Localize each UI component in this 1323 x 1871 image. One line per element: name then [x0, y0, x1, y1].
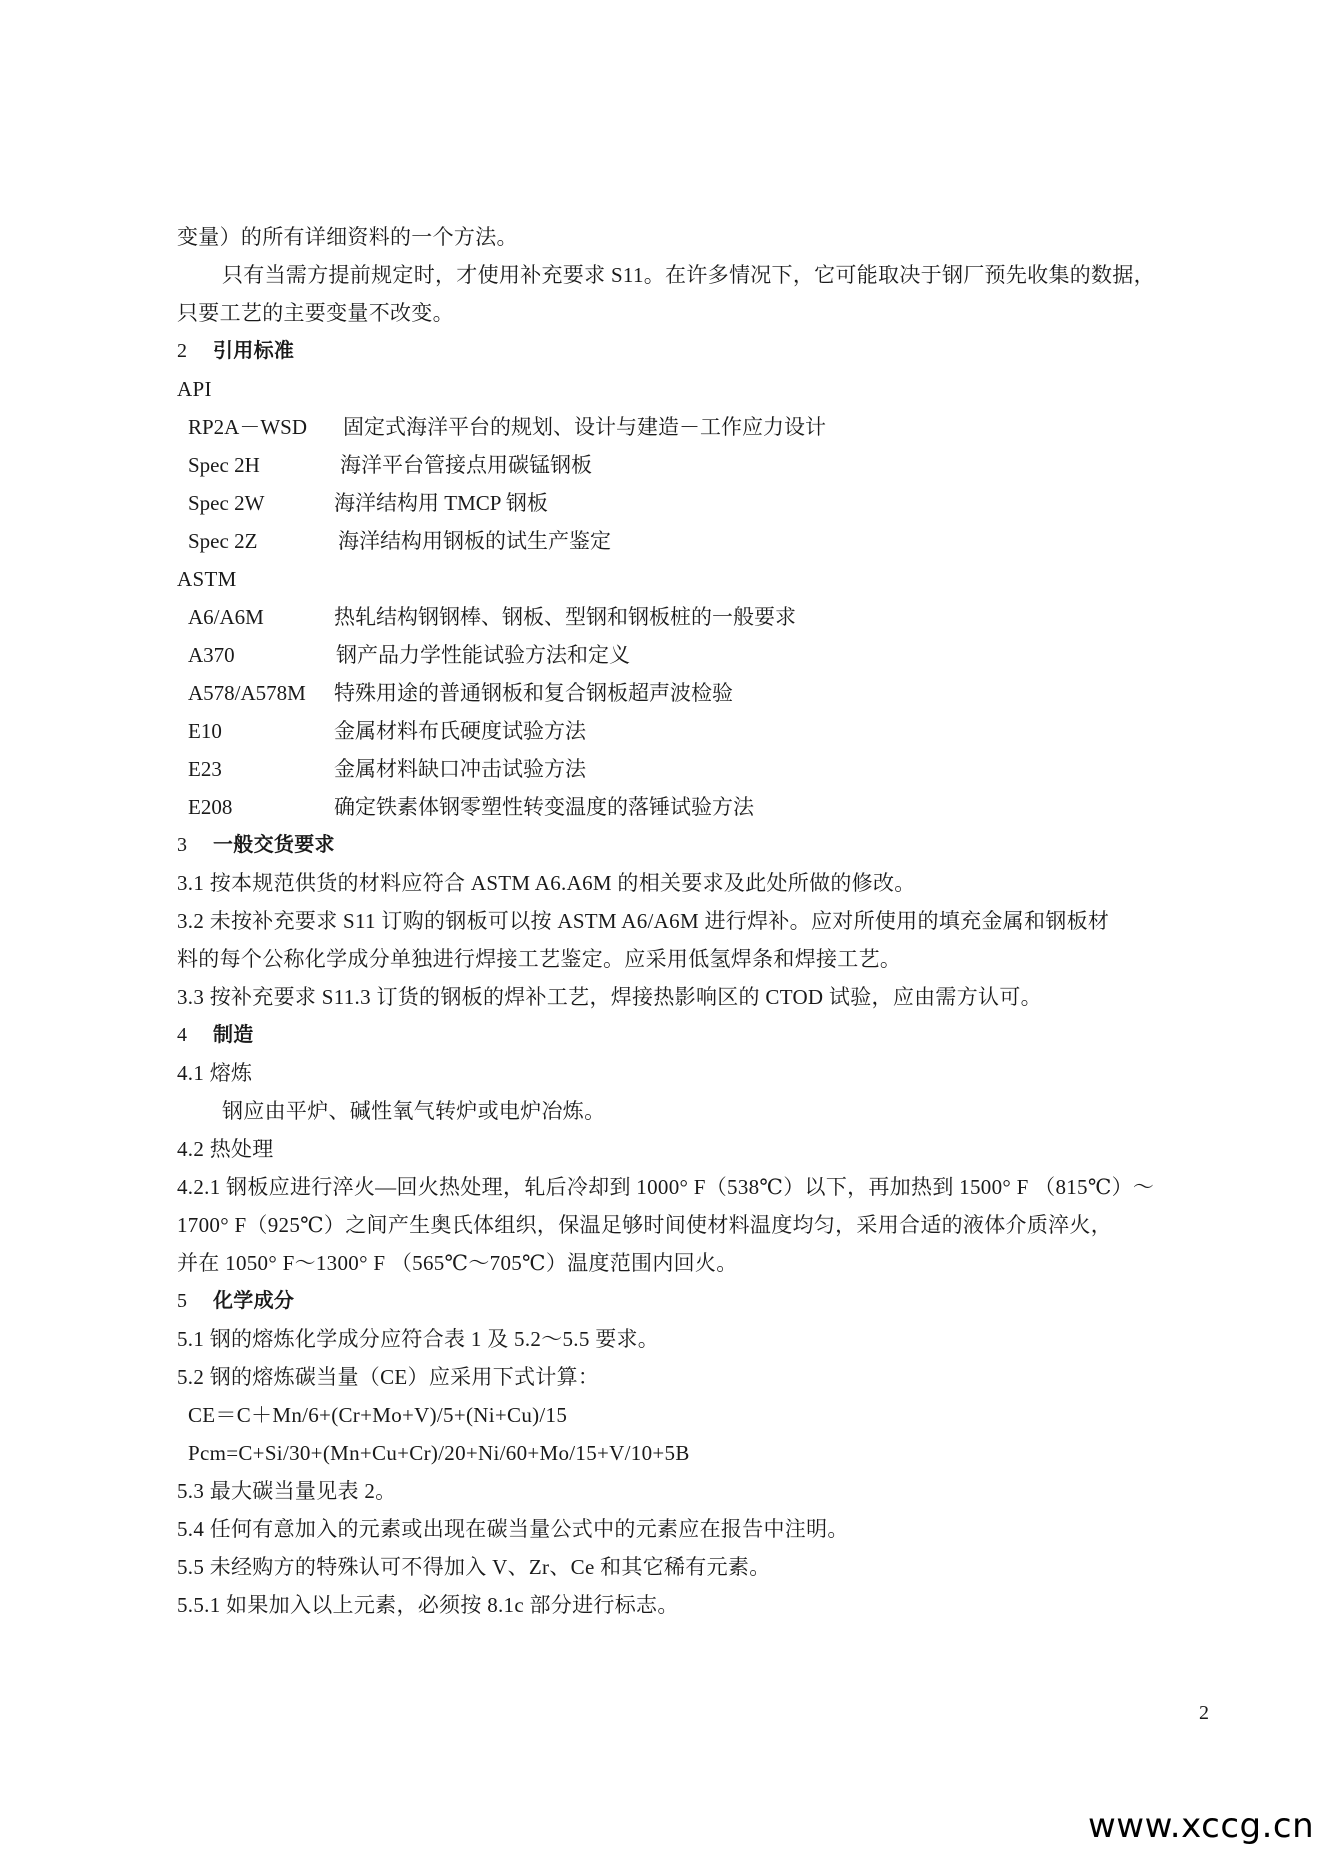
section-2-heading: 2引用标准: [177, 336, 294, 366]
ref-code: E208: [188, 792, 232, 822]
intro-line-2: 只有当需方提前规定时，才使用补充要求 S11。在许多情况下，它可能取决于钢厂预先…: [222, 260, 1155, 290]
clause-5-4: 5.4 任何有意加入的元素或出现在碳当量公式中的元素应在报告中注明。: [177, 1514, 849, 1544]
clause-4-2-1-line-3: 并在 1050° F～1300° F （565℃～705℃）温度范围内回火。: [177, 1248, 738, 1278]
section-5-heading: 5化学成分: [177, 1286, 294, 1316]
formula-ce: CE＝C＋Mn/6+(Cr+Mo+V)/5+(Ni+Cu)/15: [188, 1400, 567, 1430]
section-number: 4: [177, 1020, 213, 1050]
clause-5-3: 5.3 最大碳当量见表 2。: [177, 1476, 396, 1506]
watermark-url: www.xccg.cn: [1088, 1806, 1314, 1846]
formula-pcm: Pcm=C+Si/30+(Mn+Cu+Cr)/20+Ni/60+Mo/15+V/…: [188, 1438, 690, 1468]
ref-code: A370: [188, 640, 235, 670]
clause-4-2-heading: 4.2 热处理: [177, 1134, 274, 1164]
ref-code: Spec 2H: [188, 450, 260, 480]
page-number: 2: [1199, 1702, 1209, 1725]
ref-title: 海洋平台管接点用碳锰钢板: [340, 450, 592, 480]
ref-title: 金属材料布氏硬度试验方法: [334, 716, 586, 746]
ref-group-api: API: [177, 374, 212, 404]
section-number: 2: [177, 336, 213, 366]
intro-line-3: 只要工艺的主要变量不改变。: [177, 298, 454, 328]
clause-3-2-line-1: 3.2 未按补充要求 S11 订购的钢板可以按 ASTM A6/A6M 进行焊补…: [177, 906, 1109, 936]
clause-3-1: 3.1 按本规范供货的材料应符合 ASTM A6.A6M 的相关要求及此处所做的…: [177, 868, 916, 898]
section-title: 引用标准: [213, 340, 294, 362]
ref-title: 海洋结构用 TMCP 钢板: [334, 488, 548, 518]
clause-5-5-1: 5.5.1 如果加入以上元素，必须按 8.1c 部分进行标志。: [177, 1590, 679, 1620]
ref-title: 固定式海洋平台的规划、设计与建造－工作应力设计: [343, 412, 826, 442]
ref-title: 钢产品力学性能试验方法和定义: [336, 640, 630, 670]
ref-code: E10: [188, 716, 222, 746]
ref-title: 热轧结构钢钢棒、钢板、型钢和钢板桩的一般要求: [334, 602, 796, 632]
clause-4-1-heading: 4.1 熔炼: [177, 1058, 252, 1088]
clause-4-1-text: 钢应由平炉、碱性氧气转炉或电炉冶炼。: [222, 1096, 605, 1126]
ref-title: 海洋结构用钢板的试生产鉴定: [338, 526, 611, 556]
clause-3-3: 3.3 按补充要求 S11.3 订货的钢板的焊补工艺，焊接热影响区的 CTOD …: [177, 982, 1042, 1012]
ref-code: A578/A578M: [188, 678, 306, 708]
ref-code: Spec 2Z: [188, 526, 257, 556]
section-title: 制造: [213, 1024, 254, 1046]
ref-group-astm: ASTM: [177, 564, 237, 594]
intro-line-1: 变量）的所有详细资料的一个方法。: [177, 222, 518, 252]
section-number: 5: [177, 1286, 213, 1316]
document-page: 变量）的所有详细资料的一个方法。 只有当需方提前规定时，才使用补充要求 S11。…: [0, 0, 1323, 1871]
ref-code: E23: [188, 754, 222, 784]
section-title: 化学成分: [213, 1290, 294, 1312]
clause-4-2-1-line-2: 1700° F（925℃）之间产生奥氏体组织，保温足够时间使材料温度均匀，采用合…: [177, 1210, 1112, 1240]
clause-4-2-1-line-1: 4.2.1 钢板应进行淬火—回火热处理，轧后冷却到 1000° F（538℃）以…: [177, 1172, 1154, 1202]
ref-code: A6/A6M: [188, 602, 264, 632]
clause-5-1: 5.1 钢的熔炼化学成分应符合表 1 及 5.2～5.5 要求。: [177, 1324, 659, 1354]
ref-title: 确定铁素体钢零塑性转变温度的落锤试验方法: [334, 792, 754, 822]
section-number: 3: [177, 830, 213, 860]
clause-5-5: 5.5 未经购方的特殊认可不得加入 V、Zr、Ce 和其它稀有元素。: [177, 1552, 771, 1582]
ref-title: 特殊用途的普通钢板和复合钢板超声波检验: [334, 678, 733, 708]
clause-3-2-line-2: 料的每个公称化学成分单独进行焊接工艺鉴定。应采用低氢焊条和焊接工艺。: [177, 944, 901, 974]
clause-5-2: 5.2 钢的熔炼碳当量（CE）应采用下式计算：: [177, 1362, 599, 1392]
section-4-heading: 4制造: [177, 1020, 254, 1050]
section-3-heading: 3一般交货要求: [177, 830, 335, 860]
ref-title: 金属材料缺口冲击试验方法: [334, 754, 586, 784]
section-title: 一般交货要求: [213, 834, 335, 856]
ref-code: Spec 2W: [188, 488, 264, 518]
ref-code: RP2A－WSD: [188, 412, 307, 442]
